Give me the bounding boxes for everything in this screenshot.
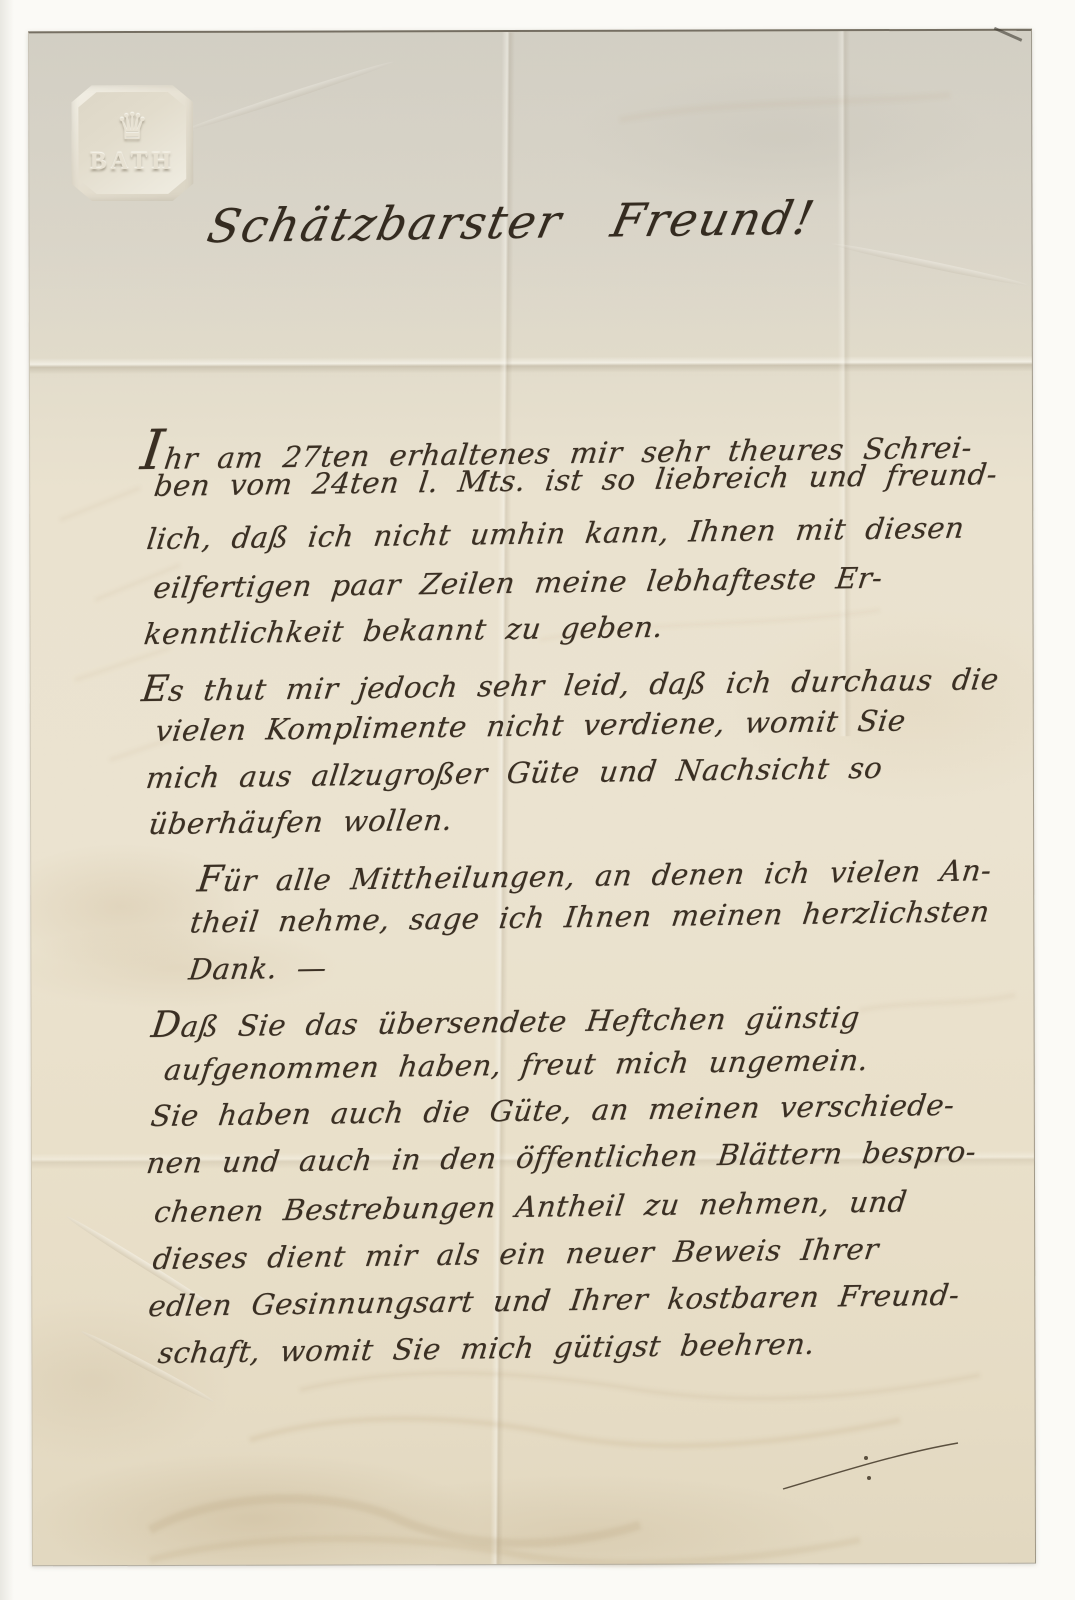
letter-line: theil nehme, sage ich Ihnen meinen herzl… [188, 894, 992, 939]
letter-line: lich, daß ich nicht umhin kann, Ihnen mi… [145, 511, 967, 556]
letter-line: Für alle Mittheilungen, an denen ich vie… [195, 846, 994, 900]
letter-line: vielen Komplimente nicht verdiene, womit… [153, 703, 907, 748]
letter-line: mich aus allzugroßer Güte und Nachsicht … [144, 751, 884, 795]
letter-line: eilfertigen paar Zeilen meine lebhaftest… [151, 561, 884, 605]
letter-line: dieses dient mir als ein neuer Beweis Ih… [151, 1232, 881, 1276]
handwriting-layer: Schätzbarster Freund! Ihr am 27ten erhal… [0, 0, 1075, 1600]
letter-line: schaft, womit Sie mich gütigst beehren. [156, 1327, 817, 1370]
letter-line: nen und auch in den öffentlichen Blätter… [145, 1134, 979, 1180]
letter-line: edlen Gesinnungsart und Ihrer kostbaren … [147, 1278, 962, 1323]
letter-line: überhäufen wollen. [147, 803, 455, 841]
scanned-letter-page: { "scan": { "background_color": "#fbfaf6… [0, 0, 1075, 1600]
salutation: Schätzbarster Freund! [203, 191, 821, 254]
letter-line: kenntlichkeit bekannt zu geben. [142, 610, 665, 651]
letter-line: Dank. — [187, 951, 329, 987]
letter-line: aufgenommen haben, freut mich ungemein. [162, 1043, 870, 1087]
letter-line: chenen Bestrebungen Antheil zu nehmen, u… [152, 1184, 909, 1229]
letter-line: Es thut mir jedoch sehr leid, daß ich du… [139, 655, 1001, 710]
letter-line: Sie haben auch die Güte, an meinen versc… [149, 1088, 957, 1133]
letter-line: Daß Sie das übersendete Heftchen günstig [149, 993, 863, 1046]
